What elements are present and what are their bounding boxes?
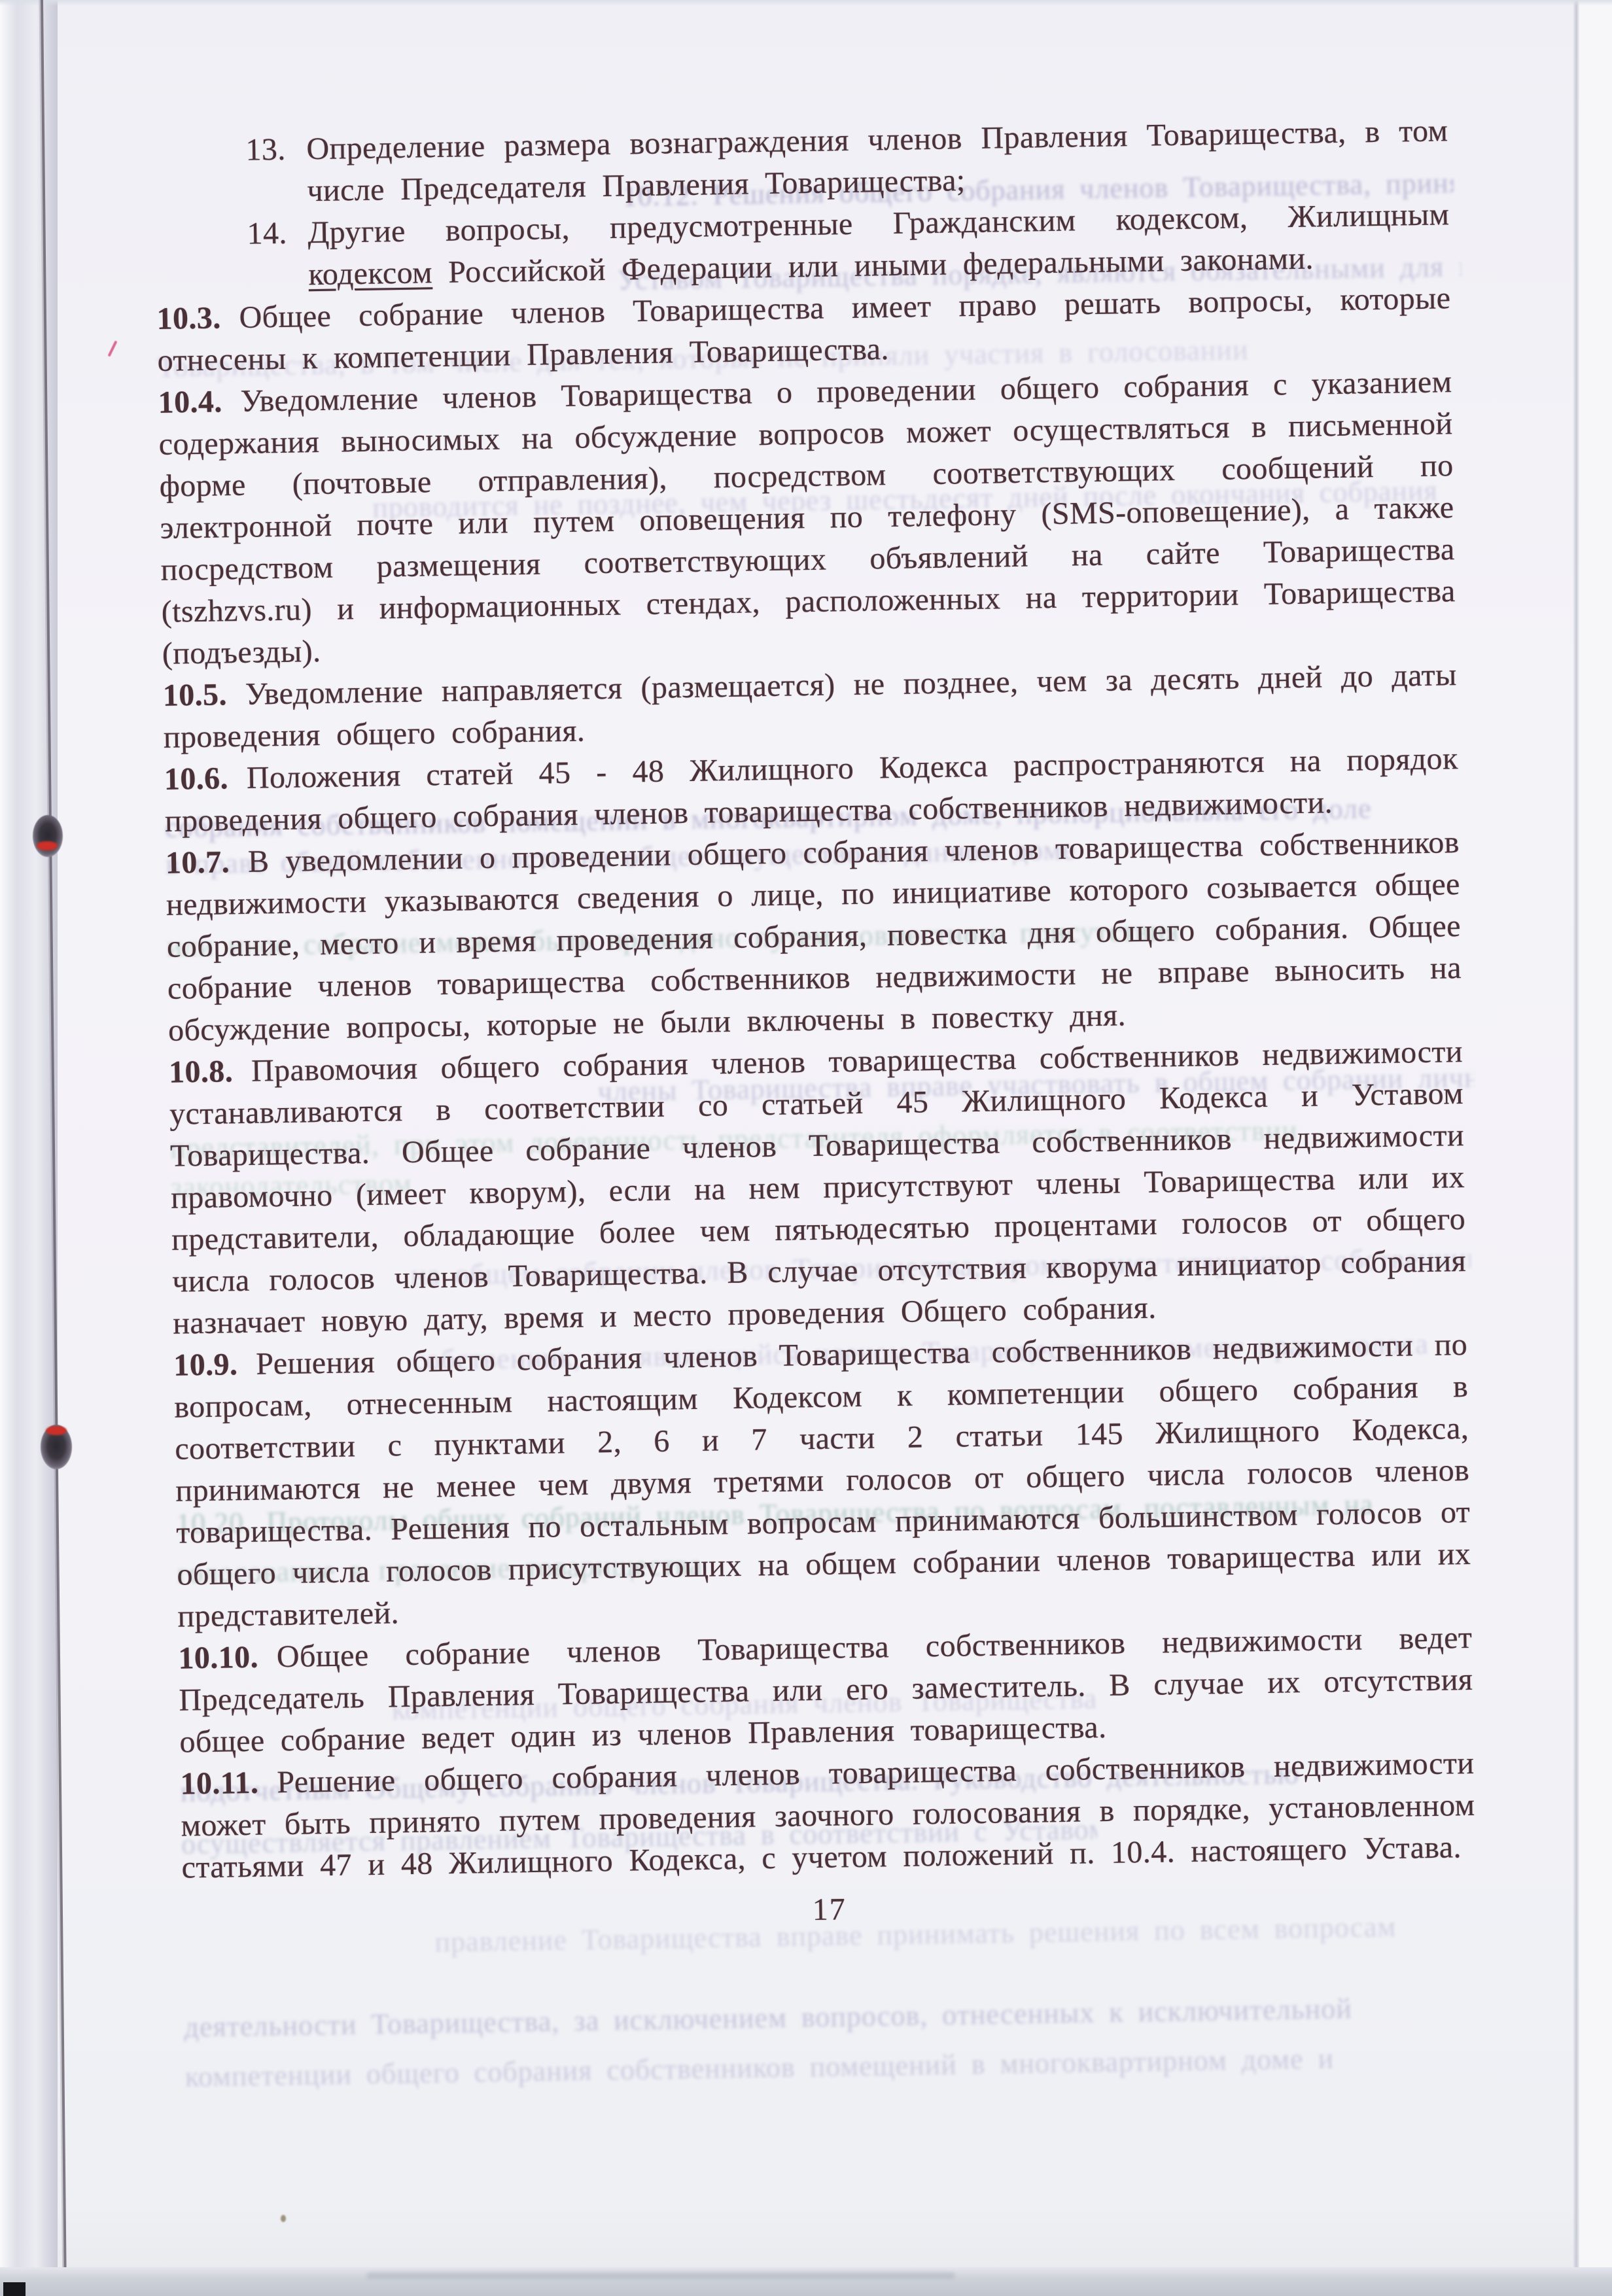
paper-speck [281, 2215, 286, 2222]
clause-number: 10.3. [156, 300, 221, 336]
clause-number: 10.5. [162, 677, 227, 713]
list-item-text: Определение размера вознаграждения члено… [306, 113, 1448, 208]
scan-bottom-band [0, 2267, 1612, 2296]
clause-number: 10.7. [166, 844, 230, 880]
clause-text: Положения статей 45 - 48 Жилищного Кодек… [165, 741, 1459, 839]
clause-text: Решения общего собрания членов Товарищес… [174, 1327, 1471, 1634]
scan-top-edge-shadow [0, 0, 1612, 6]
clause-number: 10.8. [169, 1054, 234, 1090]
clause-10-7: 10.7.В уведомлении о проведении общего с… [165, 822, 1462, 1052]
red-thread-icon [37, 841, 58, 850]
page-right-edge-line [1573, 0, 1579, 2269]
clause-10-8: 10.8.Правомочия общего собрания членов т… [169, 1031, 1467, 1345]
clause-10-10: 10.10.Общее собрание членов Товарищества… [178, 1617, 1474, 1764]
list-item-number: 14. [247, 212, 308, 254]
clause-text: Уведомление направляется (размещается) н… [163, 657, 1457, 755]
eyelet-metal [33, 815, 63, 857]
scan-bottom-notch [3, 2282, 26, 2296]
scan-bottom-smudge [366, 2272, 955, 2279]
underlined-word: кодексом [308, 255, 432, 292]
clause-number: 10.6. [164, 761, 228, 797]
page-right-margin-surface [1579, 0, 1612, 2269]
list-item-number: 13. [245, 128, 307, 171]
red-thread-icon [46, 1426, 67, 1435]
clause-number: 10.11. [180, 1765, 259, 1801]
page-fold-shadow [0, 0, 92, 2296]
clause-number: 10.4. [158, 384, 222, 420]
clause-text: Решение общего собрания членов товарищес… [181, 1746, 1475, 1885]
clause-text: Общее собрание членов Товарищества собст… [179, 1620, 1473, 1760]
document-body: 13.Определение размера вознаграждения чл… [154, 110, 1477, 1941]
binding-eyelet-top [33, 815, 63, 857]
clause-10-9: 10.9.Решения общего собрания членов Това… [173, 1324, 1472, 1638]
clause-text: Общее собрание членов Товарищества имеет… [157, 281, 1451, 378]
binding-eyelet-bottom [41, 1425, 72, 1469]
clause-text: Уведомление членов Товарищества о провед… [158, 364, 1456, 671]
clause-number: 10.9. [173, 1347, 238, 1383]
clause-10-4: 10.4.Уведомление членов Товарищества о п… [158, 361, 1456, 675]
clause-text: В уведомлении о проведении общего собран… [166, 825, 1462, 1048]
clause-10-11: 10.11.Решение общего собрания членов тов… [180, 1743, 1476, 1889]
clause-number: 10.10. [178, 1640, 258, 1676]
clause-text: Правомочия общего собрания членов товари… [169, 1034, 1467, 1341]
